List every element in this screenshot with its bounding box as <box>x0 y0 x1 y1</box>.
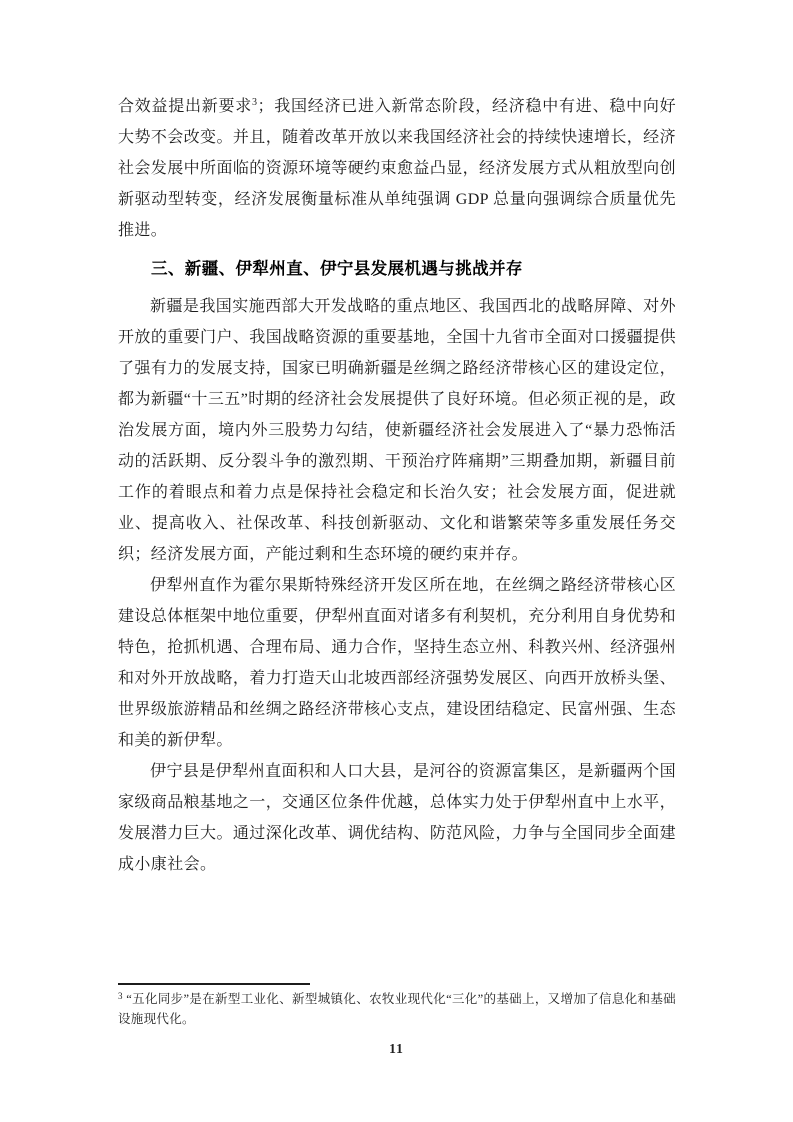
footnote-marker: 3 <box>118 991 123 1001</box>
paragraph-text: ；我国经济已进入新常态阶段，经济稳中有进、稳中向好大势不会改变。并且，随着改革开… <box>118 98 676 239</box>
paragraph: 新疆是我国实施西部大开发战略的重点地区、我国西北的战略屏障、对外开放的重要门户、… <box>118 291 676 570</box>
paragraph-text: 合效益提出新要求 <box>118 98 252 115</box>
footnote-area: 3 “五化同步”是在新型工业化、新型城镇化、农牧业现代化“三化”的基础上，又增加… <box>118 983 676 1029</box>
paragraph: 伊犁州直作为霍尔果斯特殊经济开发区所在地，在丝绸之路经济带核心区建设总体框架中地… <box>118 570 676 756</box>
document-body: 合效益提出新要求3；我国经济已进入新常态阶段，经济稳中有进、稳中向好大势不会改变… <box>118 91 676 880</box>
paragraph: 伊宁县是伊犁州直面积和人口大县，是河谷的资源富集区，是新疆两个国家级商品粮基地之… <box>118 756 676 880</box>
section-heading: 三、新疆、伊犁州直、伊宁县发展机遇与挑战并存 <box>118 254 676 285</box>
footnote-separator <box>118 983 310 985</box>
paragraph-continued: 合效益提出新要求3；我国经济已进入新常态阶段，经济稳中有进、稳中向好大势不会改变… <box>118 91 676 246</box>
document-page: 合效益提出新要求3；我国经济已进入新常态阶段，经济稳中有进、稳中向好大势不会改变… <box>0 0 793 1122</box>
page-number: 11 <box>0 1041 793 1057</box>
footnote-text: “五化同步”是在新型工业化、新型城镇化、农牧业现代化“三化”的基础上，又增加了信… <box>118 992 676 1026</box>
footnote: 3 “五化同步”是在新型工业化、新型城镇化、农牧业现代化“三化”的基础上，又增加… <box>118 989 676 1029</box>
